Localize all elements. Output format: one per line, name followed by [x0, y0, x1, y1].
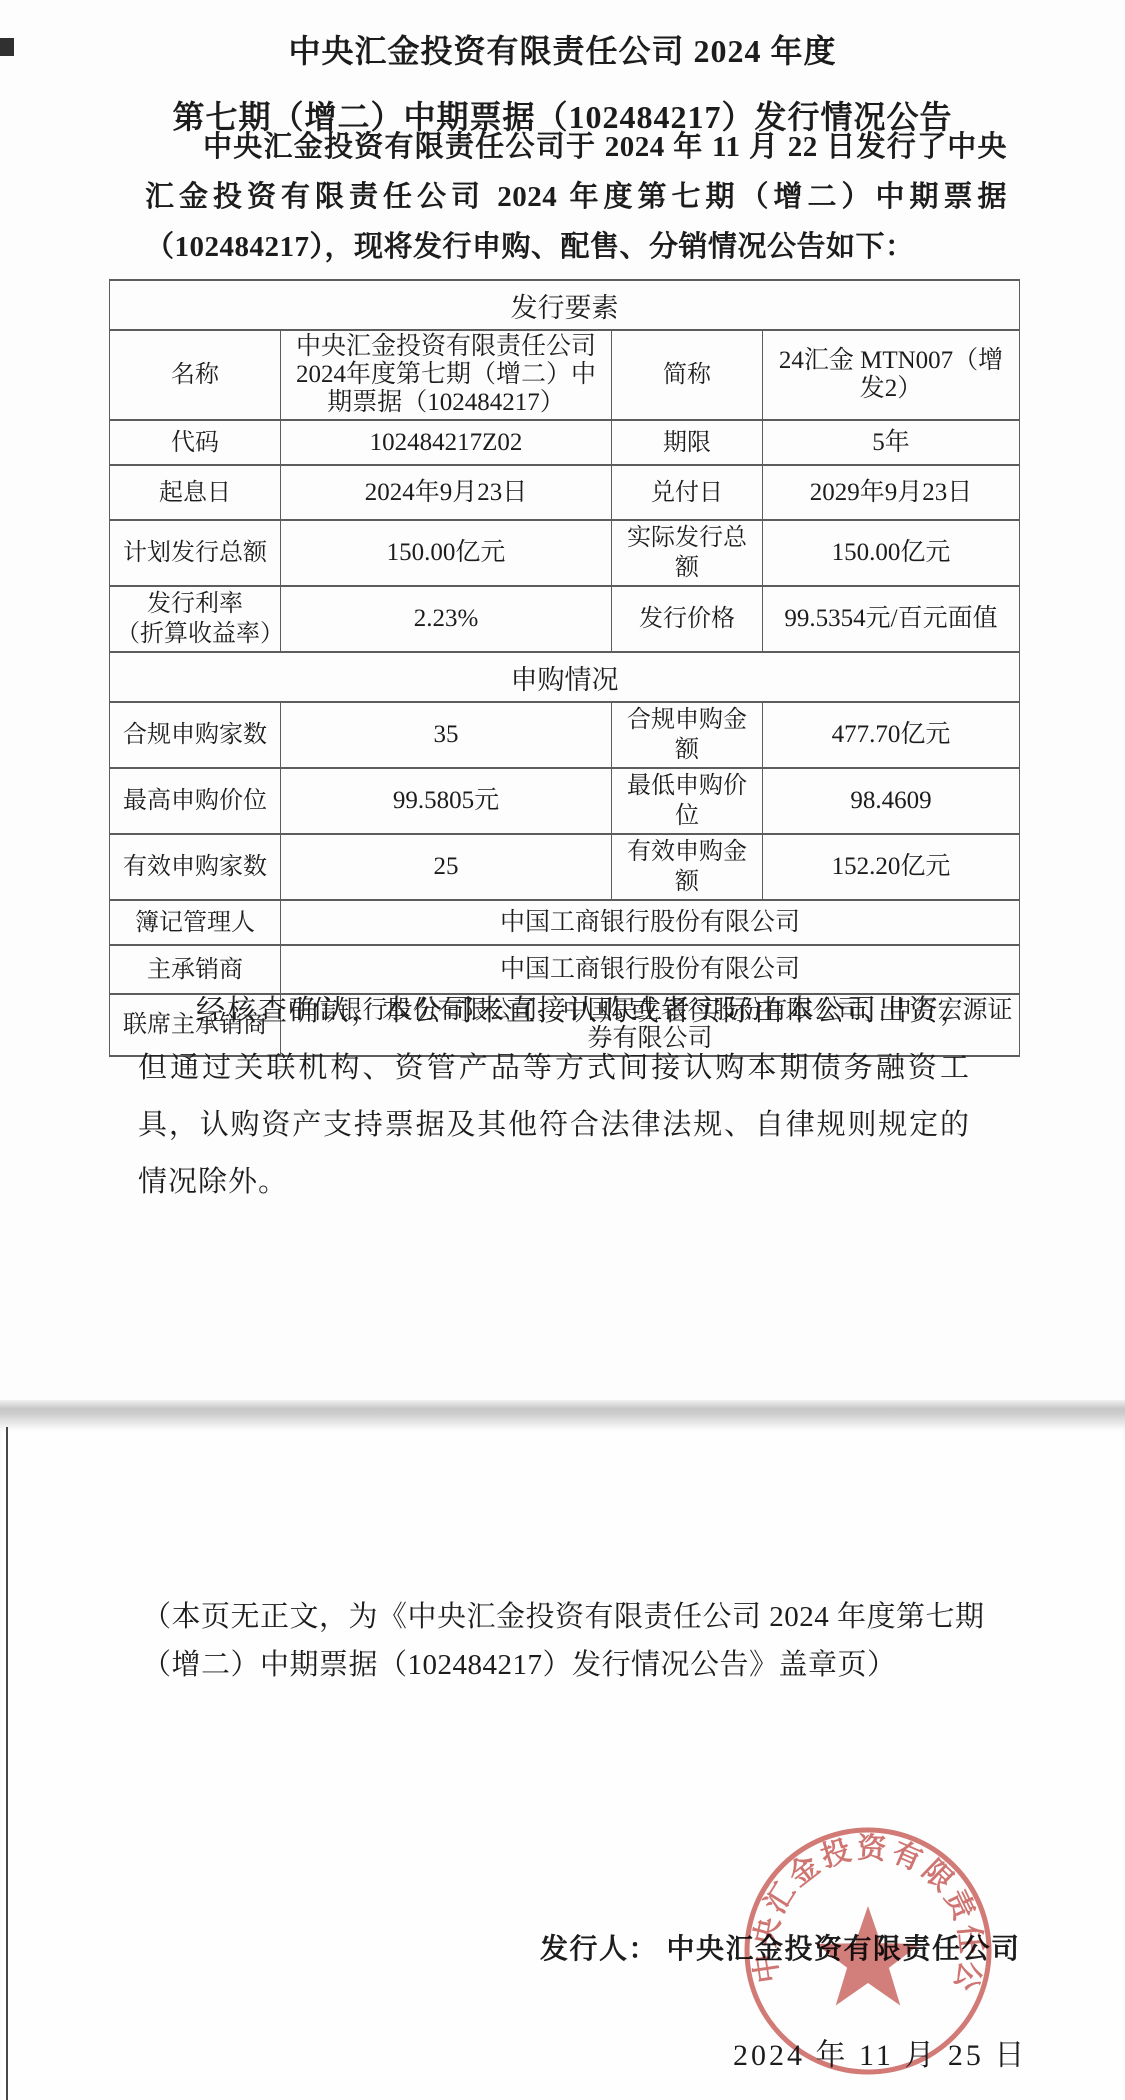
row-value-value-date: 2024年9月23日 [281, 465, 612, 520]
row-label-value-date: 起息日 [110, 465, 281, 520]
row-label-highest-bid: 最高申购价位 [110, 768, 281, 834]
row-label-issue-price: 发行价格 [612, 586, 763, 652]
row-value-name: 中央汇金投资有限责任公司2024年度第七期（增二）中期票据（102484217） [281, 330, 612, 420]
stamp-page: （本页无正文，为《中央汇金投资有限责任公司 2024 年度第七期（增二）中期票据… [0, 1422, 1125, 2100]
row-label-actual-amount: 实际发行总额 [612, 520, 763, 586]
row-label-valid-amount: 有效申购金额 [612, 834, 763, 900]
table-row: 簿记管理人 中国工商银行股份有限公司 [110, 900, 1020, 945]
row-value-compliant-bidders: 35 [281, 702, 612, 768]
table-row: 计划发行总额 150.00亿元 实际发行总额 150.00亿元 [110, 520, 1020, 586]
row-value-highest-bid: 99.5805元 [281, 768, 612, 834]
row-label-lowest-bid: 最低申购价位 [612, 768, 763, 834]
table-section-subscription: 申购情况 [110, 652, 1020, 702]
row-value-code: 102484217Z02 [281, 420, 612, 465]
table-row: 最高申购价位 99.5805元 最低申购价位 98.4609 [110, 768, 1020, 834]
row-value-coupon-rate: 2.23% [281, 586, 612, 652]
row-value-valid-amount: 152.20亿元 [763, 834, 1020, 900]
stamp-star-icon [816, 1906, 921, 2006]
row-label-short-name: 简称 [612, 330, 763, 420]
row-label-compliant-bidders: 合规申购家数 [110, 702, 281, 768]
row-value-issue-price: 99.5354元/百元面值 [763, 586, 1020, 652]
row-label-valid-bidders: 有效申购家数 [110, 834, 281, 900]
page-separator [0, 1400, 1125, 1422]
row-value-bookrunner: 中国工商银行股份有限公司 [281, 900, 1020, 945]
row-value-compliant-amount: 477.70亿元 [763, 702, 1020, 768]
row-label-code: 代码 [110, 420, 281, 465]
table-section-issue-elements: 发行要素 [110, 280, 1020, 330]
page-edge-line [6, 1427, 8, 2100]
document-title-line1: 中央汇金投资有限责任公司 2024 年度 [0, 26, 1125, 72]
row-value-short-name: 24汇金 MTN007（增发2） [763, 330, 1020, 420]
table-row: 名称 中央汇金投资有限责任公司2024年度第七期（增二）中期票据（1024842… [110, 330, 1020, 420]
row-value-valid-bidders: 25 [281, 834, 612, 900]
table-row: 合规申购家数 35 合规申购金额 477.70亿元 [110, 702, 1020, 768]
document-scan: { "doc": { "title_line1": "中央汇金投资有限责任公司 … [0, 0, 1125, 2100]
row-label-compliant-amount: 合规申购金额 [612, 702, 763, 768]
row-label-bookrunner: 簿记管理人 [110, 900, 281, 945]
row-label-name: 名称 [110, 330, 281, 420]
row-value-actual-amount: 150.00亿元 [763, 520, 1020, 586]
closing-paragraph: 经核查确认，本公司未直接认购或者实际由本公司出资，但通过关联机构、资管产品等方式… [138, 983, 970, 1211]
stamp-page-note: （本页无正文，为《中央汇金投资有限责任公司 2024 年度第七期（增二）中期票据… [142, 1593, 990, 1689]
row-label-maturity-date: 兑付日 [612, 465, 763, 520]
table-row: 代码 102484217Z02 期限 5年 [110, 420, 1020, 465]
announcement-page: 中央汇金投资有限责任公司 2024 年度 第七期（增二）中期票据（1024842… [0, 0, 1125, 1400]
row-value-maturity-date: 2029年9月23日 [763, 465, 1020, 520]
row-value-planned-amount: 150.00亿元 [281, 520, 612, 586]
row-label-planned-amount: 计划发行总额 [110, 520, 281, 586]
date-line: 2024 年 11 月 25 日 [733, 2030, 1027, 2074]
row-label-term: 期限 [612, 420, 763, 465]
scan-artifact [0, 38, 14, 56]
row-value-term: 5年 [763, 420, 1020, 465]
issuance-table: 发行要素 名称 中央汇金投资有限责任公司2024年度第七期（增二）中期票据（10… [109, 279, 1020, 1057]
table-row: 起息日 2024年9月23日 兑付日 2029年9月23日 [110, 465, 1020, 520]
row-value-lowest-bid: 98.4609 [763, 768, 1020, 834]
intro-paragraph: 中央汇金投资有限责任公司于 2024 年 11 月 22 日发行了中央汇金投资有… [145, 122, 1007, 272]
table-row: 有效申购家数 25 有效申购金额 152.20亿元 [110, 834, 1020, 900]
table-row: 发行利率 （折算收益率） 2.23% 发行价格 99.5354元/百元面值 [110, 586, 1020, 652]
row-label-coupon-rate: 发行利率 （折算收益率） [110, 586, 281, 652]
